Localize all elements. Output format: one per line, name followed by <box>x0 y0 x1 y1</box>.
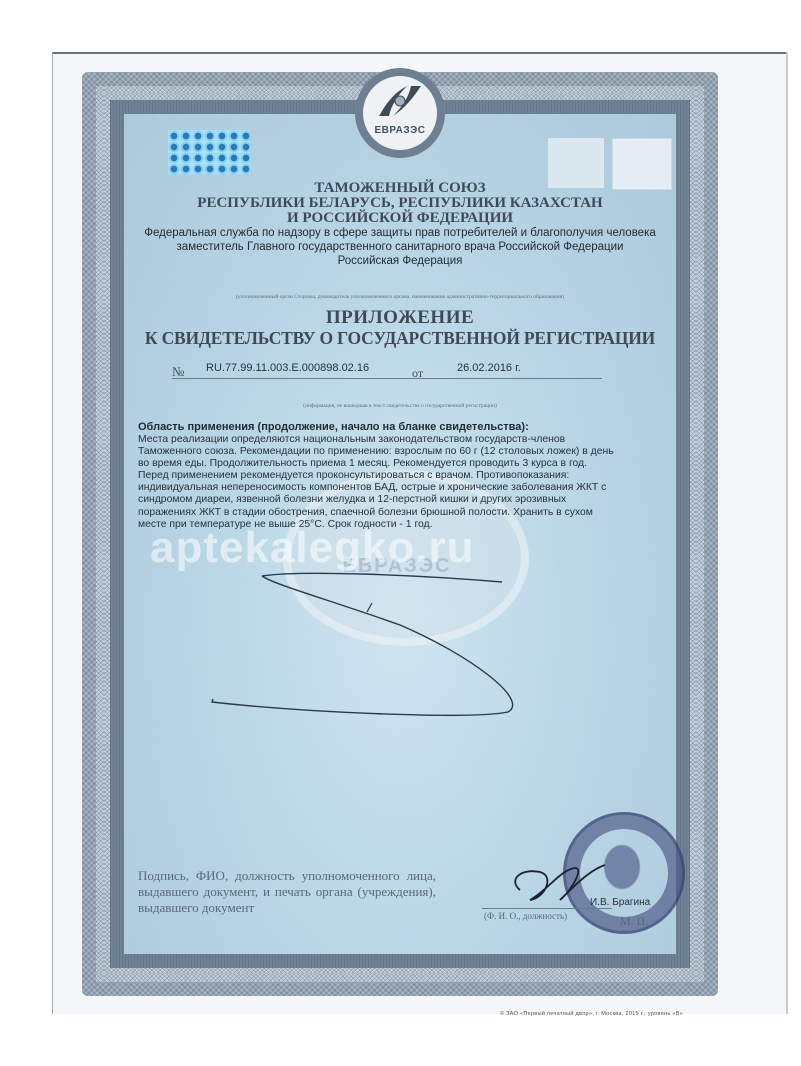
signature <box>0 0 801 1066</box>
signature-line <box>482 908 612 909</box>
printer-imprint: © ЗАО «Первый печатный двор», г. Москва,… <box>500 1011 683 1017</box>
seal-place-label: М. П. <box>620 914 648 929</box>
name-caption: (Ф. И. О., должность) <box>484 911 567 921</box>
signatory-name: И.В. Брагина <box>590 897 650 908</box>
